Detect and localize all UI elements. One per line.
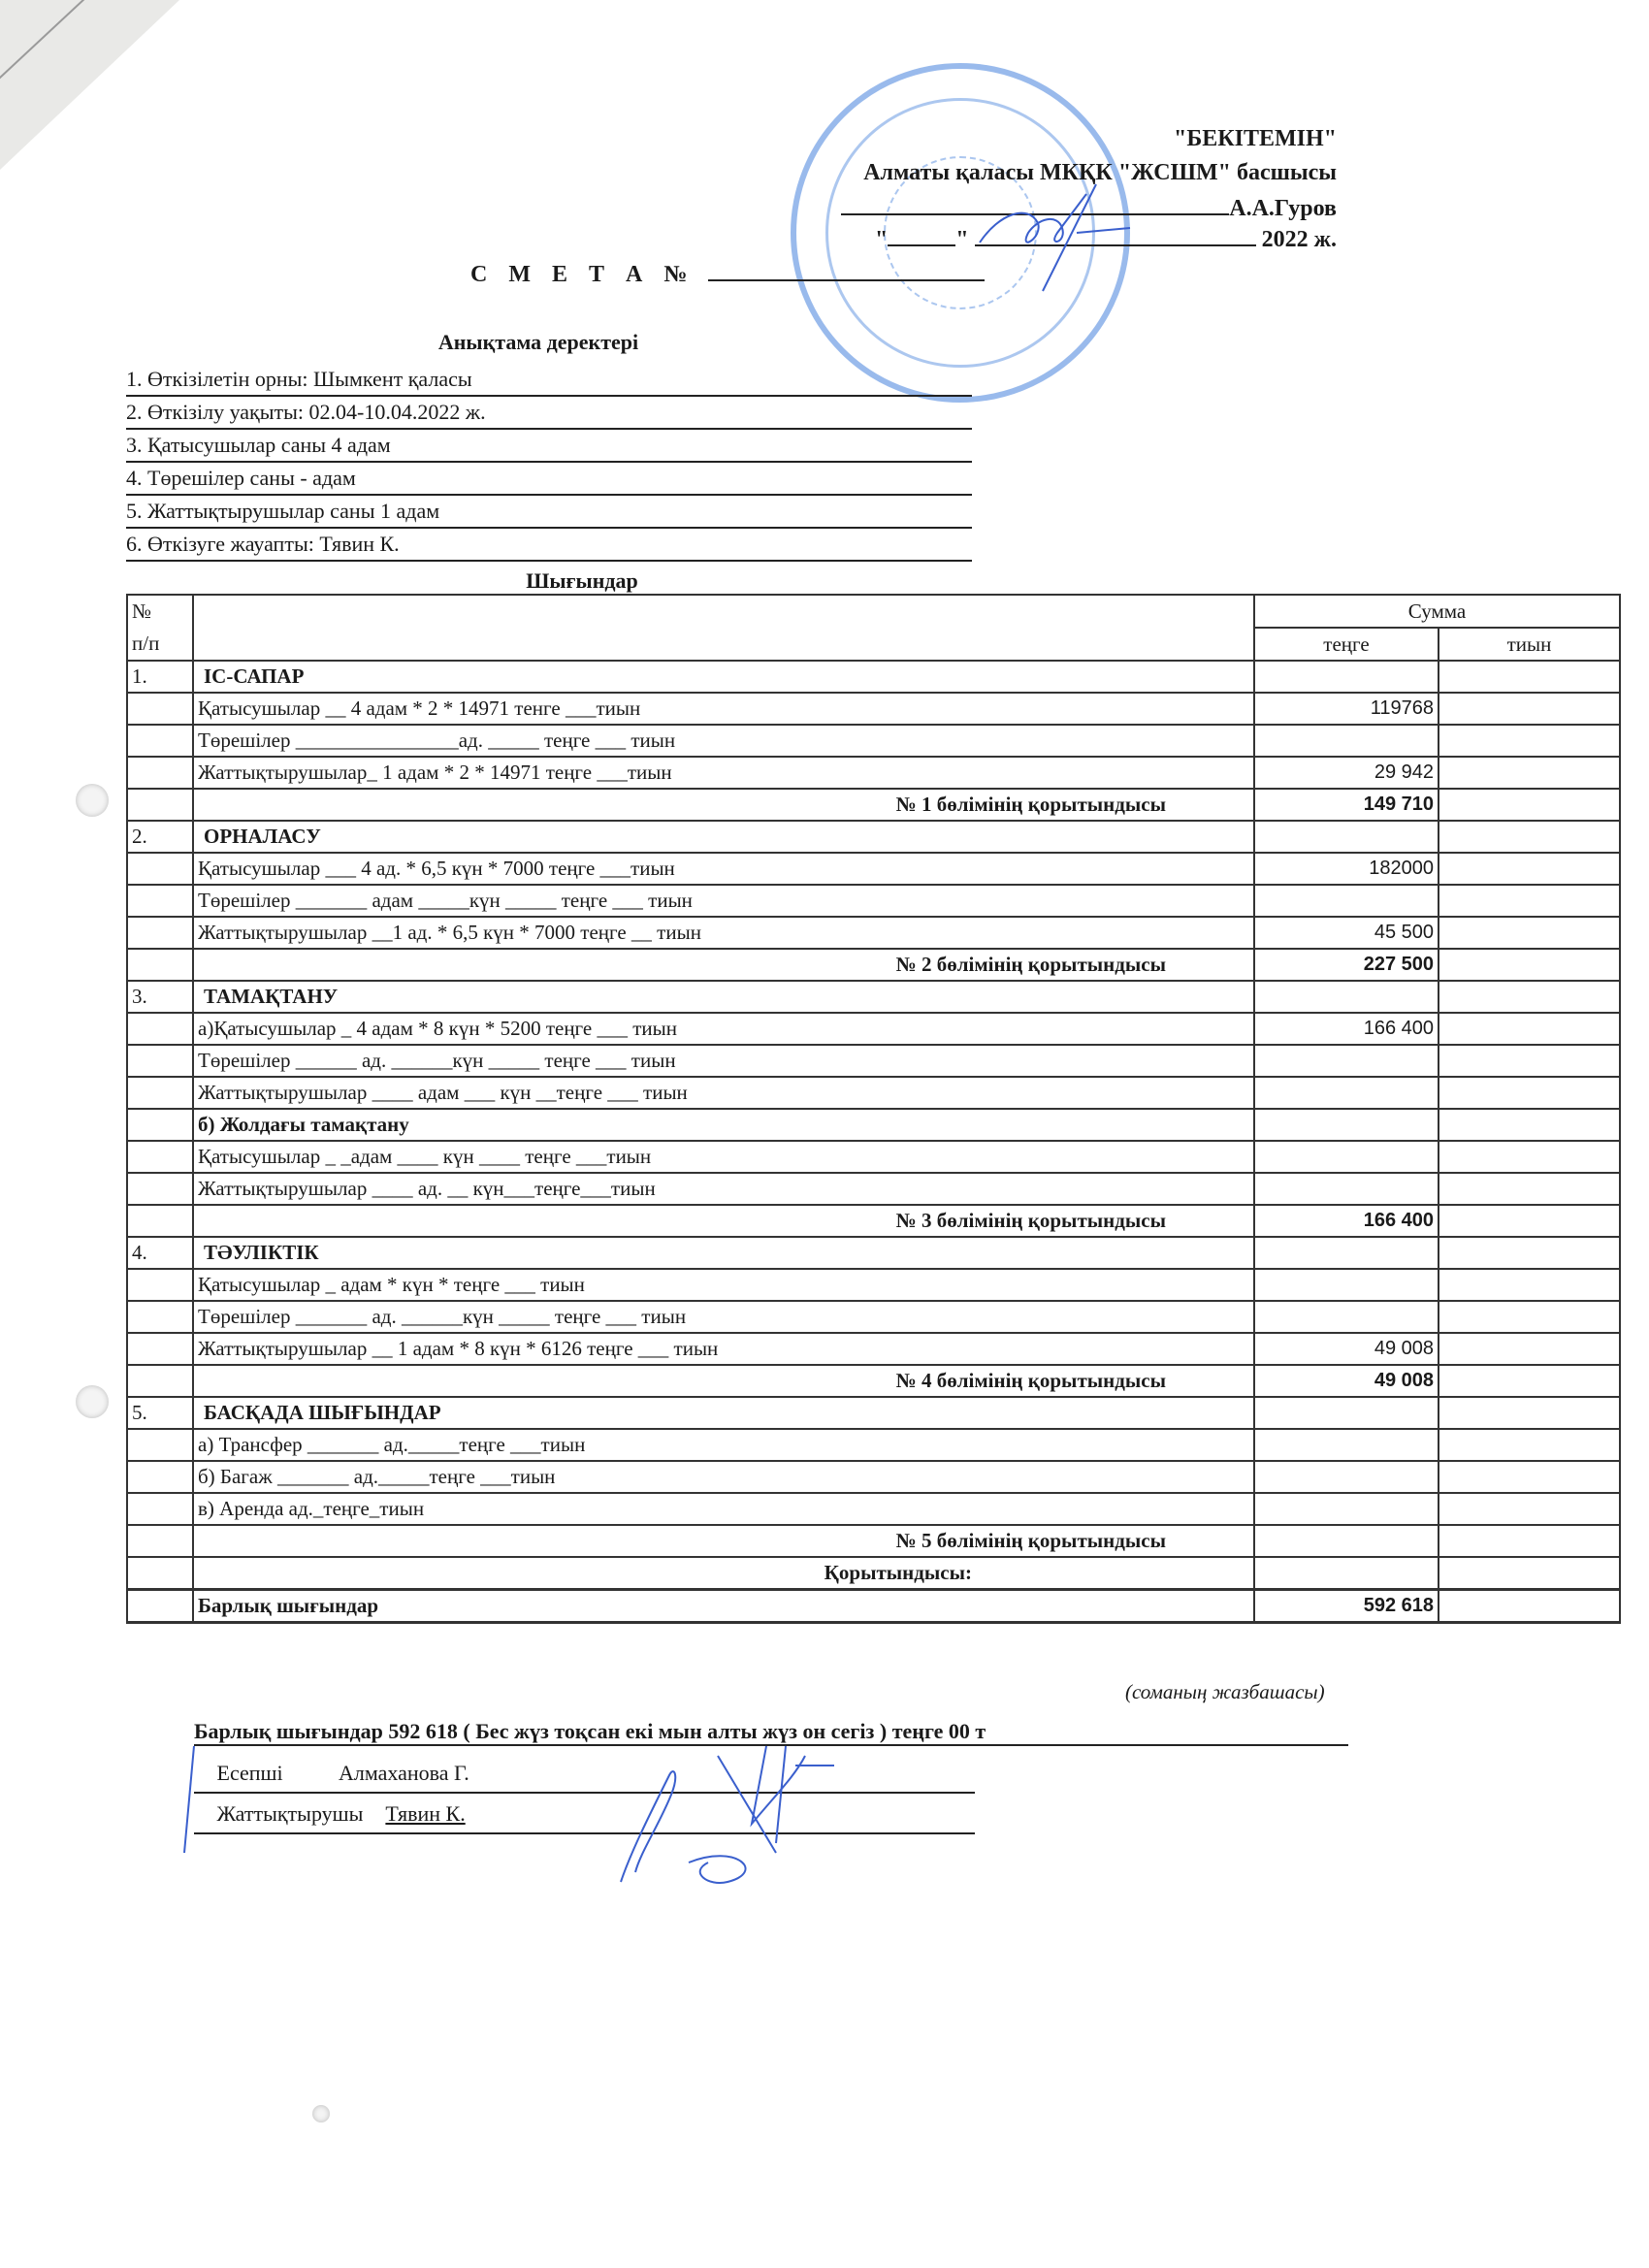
punch-hole-bottom bbox=[76, 1385, 109, 1418]
row-tenge bbox=[1254, 661, 1439, 693]
row-number bbox=[127, 1493, 193, 1525]
table-subtotal-row: № 3 бөлімінің қорытындысы166 400 bbox=[127, 1205, 1620, 1237]
header-num: №п/п bbox=[127, 595, 193, 661]
amount-in-words-note: (соманың жазбашасы) bbox=[1125, 1680, 1325, 1704]
row-tiyn bbox=[1439, 1173, 1620, 1205]
row-tiyn bbox=[1439, 1013, 1620, 1045]
row-description: № 4 бөлімінің қорытындысы bbox=[193, 1365, 1254, 1397]
info-responsible: 6. Өткізуге жауапты: Тявин К. bbox=[126, 530, 972, 562]
row-tiyn bbox=[1439, 1557, 1620, 1590]
row-tenge: 182000 bbox=[1254, 853, 1439, 885]
punch-hole-top bbox=[76, 784, 109, 817]
row-description: Жаттықтырушылар ____ адам ___ күн __теңг… bbox=[193, 1077, 1254, 1109]
row-tenge: 49 008 bbox=[1254, 1333, 1439, 1365]
row-number bbox=[127, 1557, 193, 1590]
table-row: Қатысушылар _ адам * күн * теңге ___ тиы… bbox=[127, 1269, 1620, 1301]
info-participants: 3. Қатысушылар саны 4 адам bbox=[126, 431, 972, 463]
table-row: в) Аренда ад._теңге_тиын bbox=[127, 1493, 1620, 1525]
row-number bbox=[127, 757, 193, 789]
row-tiyn bbox=[1439, 1237, 1620, 1269]
punch-mark bbox=[312, 2105, 330, 2122]
row-tenge: 119768 bbox=[1254, 693, 1439, 725]
table-subtotal-row: Қорытындысы: bbox=[127, 1557, 1620, 1590]
approval-year: 2022 ж. bbox=[1262, 227, 1337, 252]
signature-name: Алмаханова Г. bbox=[339, 1761, 469, 1785]
row-number bbox=[127, 1141, 193, 1173]
row-tiyn bbox=[1439, 1109, 1620, 1141]
row-number: 2. bbox=[127, 821, 193, 853]
row-tiyn bbox=[1439, 1045, 1620, 1077]
row-description: в) Аренда ад._теңге_тиын bbox=[193, 1493, 1254, 1525]
table-row: Жаттықтырушылар __1 ад. * 6,5 күн * 7000… bbox=[127, 917, 1620, 949]
document-title: С М Е Т А № bbox=[470, 260, 985, 288]
row-number bbox=[127, 917, 193, 949]
document-subtitle: Анықтама деректері bbox=[0, 330, 1077, 355]
row-tenge bbox=[1254, 725, 1439, 757]
table-row: б) Багаж _______ ад._____теңге ___тиын bbox=[127, 1461, 1620, 1493]
row-number bbox=[127, 1205, 193, 1237]
row-description: № 1 бөлімінің қорытындысы bbox=[193, 789, 1254, 821]
row-tenge bbox=[1254, 1429, 1439, 1461]
info-referees: 4. Төрешілер саны - адам bbox=[126, 464, 972, 496]
table-row: а) Трансфер _______ ад._____теңге ___тиы… bbox=[127, 1429, 1620, 1461]
row-description: ТӘУЛІКТІК bbox=[193, 1237, 1254, 1269]
row-tiyn bbox=[1439, 1525, 1620, 1557]
expenses-title: Шығындар bbox=[0, 568, 1164, 594]
row-tiyn bbox=[1439, 1429, 1620, 1461]
grand-total-tenge: 592 618 bbox=[1254, 1590, 1439, 1623]
row-number bbox=[127, 1173, 193, 1205]
row-number bbox=[127, 1525, 193, 1557]
row-tiyn bbox=[1439, 885, 1620, 917]
row-description: Жаттықтырушылар __1 ад. * 6,5 күн * 7000… bbox=[193, 917, 1254, 949]
row-number bbox=[127, 949, 193, 981]
table-row: Жаттықтырушылар __ 1 адам * 8 күн * 6126… bbox=[127, 1333, 1620, 1365]
row-description: Төрешілер _______ ад. ______күн _____ те… bbox=[193, 1301, 1254, 1333]
signature-role: Есепші bbox=[217, 1761, 334, 1786]
row-tiyn bbox=[1439, 1077, 1620, 1109]
row-tiyn bbox=[1439, 1141, 1620, 1173]
row-tenge: 49 008 bbox=[1254, 1365, 1439, 1397]
row-tenge bbox=[1254, 1269, 1439, 1301]
table-row: Қатысушылар __ 4 адам * 2 * 14971 тенге … bbox=[127, 693, 1620, 725]
row-number bbox=[127, 1333, 193, 1365]
row-tenge bbox=[1254, 1141, 1439, 1173]
row-description: ІС-САПАР bbox=[193, 661, 1254, 693]
row-tiyn bbox=[1439, 949, 1620, 981]
row-number bbox=[127, 1461, 193, 1493]
table-row: Жаттықтырушылар ____ ад. __ күн___теңге_… bbox=[127, 1173, 1620, 1205]
row-number: 5. bbox=[127, 1397, 193, 1429]
row-description: № 5 бөлімінің қорытындысы bbox=[193, 1525, 1254, 1557]
row-tiyn bbox=[1439, 821, 1620, 853]
row-number: 4. bbox=[127, 1237, 193, 1269]
approval-name: А.А.Гуров bbox=[1229, 196, 1337, 221]
table-section-row: 3.ТАМАҚТАНУ bbox=[127, 981, 1620, 1013]
row-tenge bbox=[1254, 1493, 1439, 1525]
row-tenge bbox=[1254, 1045, 1439, 1077]
row-tenge: 166 400 bbox=[1254, 1013, 1439, 1045]
row-tenge bbox=[1254, 821, 1439, 853]
row-number: 3. bbox=[127, 981, 193, 1013]
approval-heading: "БЕКІТЕМІН" bbox=[1174, 126, 1337, 152]
row-tenge bbox=[1254, 1301, 1439, 1333]
table-section-row: 1.ІС-САПАР bbox=[127, 661, 1620, 693]
info-venue: 1. Өткізілетін орны: Шымкент қаласы bbox=[126, 365, 972, 397]
table-header-row: №п/п Сумма bbox=[127, 595, 1620, 628]
table-row: б) Жолдағы тамақтану bbox=[127, 1109, 1620, 1141]
row-tenge bbox=[1254, 1077, 1439, 1109]
table-subtotal-row: № 1 бөлімінің қорытындысы149 710 bbox=[127, 789, 1620, 821]
row-number bbox=[127, 789, 193, 821]
row-description: Жаттықтырушылар __ 1 адам * 8 күн * 6126… bbox=[193, 1333, 1254, 1365]
header-tiyn: тиын bbox=[1439, 628, 1620, 661]
table-section-row: 2.ОРНАЛАСУ bbox=[127, 821, 1620, 853]
row-tiyn bbox=[1439, 1205, 1620, 1237]
row-tenge: 227 500 bbox=[1254, 949, 1439, 981]
row-description: БАСҚАДА ШЫҒЫНДАР bbox=[193, 1397, 1254, 1429]
row-tiyn bbox=[1439, 661, 1620, 693]
table-row: Жаттықтырушылар_ 1 адам * 2 * 14971 теңг… bbox=[127, 757, 1620, 789]
row-tiyn bbox=[1439, 757, 1620, 789]
row-description: а) Трансфер _______ ад._____теңге ___тиы… bbox=[193, 1429, 1254, 1461]
row-number bbox=[127, 1365, 193, 1397]
row-number bbox=[127, 1269, 193, 1301]
table-row: Төрешілер _______ ад. ______күн _____ те… bbox=[127, 1301, 1620, 1333]
grand-total-label: Барлық шығындар bbox=[193, 1590, 1254, 1623]
table-row: Жаттықтырушылар ____ адам ___ күн __теңг… bbox=[127, 1077, 1620, 1109]
row-tiyn bbox=[1439, 917, 1620, 949]
row-description: б) Жолдағы тамақтану bbox=[193, 1109, 1254, 1141]
row-number bbox=[127, 1429, 193, 1461]
row-description: Қорытындысы: bbox=[193, 1557, 1254, 1590]
accountant-signature bbox=[543, 1736, 854, 1911]
signature-role: Жаттықтырушы bbox=[217, 1801, 364, 1826]
row-description: ОРНАЛАСУ bbox=[193, 821, 1254, 853]
row-number bbox=[127, 1109, 193, 1141]
row-tiyn bbox=[1439, 1397, 1620, 1429]
row-number bbox=[127, 1590, 193, 1623]
row-tenge: 29 942 bbox=[1254, 757, 1439, 789]
row-tenge bbox=[1254, 1237, 1439, 1269]
row-tiyn bbox=[1439, 725, 1620, 757]
row-tenge bbox=[1254, 1557, 1439, 1590]
row-number bbox=[127, 1045, 193, 1077]
table-row: а)Қатысушылар _ 4 адам * 8 күн * 5200 те… bbox=[127, 1013, 1620, 1045]
row-tiyn bbox=[1439, 1493, 1620, 1525]
table-section-row: 4.ТӘУЛІКТІК bbox=[127, 1237, 1620, 1269]
row-description: № 3 бөлімінің қорытындысы bbox=[193, 1205, 1254, 1237]
row-tiyn bbox=[1439, 1269, 1620, 1301]
row-tenge: 166 400 bbox=[1254, 1205, 1439, 1237]
row-description: Жаттықтырушылар_ 1 адам * 2 * 14971 теңг… bbox=[193, 757, 1254, 789]
row-description: а)Қатысушылар _ 4 адам * 8 күн * 5200 те… bbox=[193, 1013, 1254, 1045]
row-number bbox=[127, 1013, 193, 1045]
header-desc bbox=[193, 595, 1254, 661]
row-tiyn bbox=[1439, 1365, 1620, 1397]
row-description: Жаттықтырушылар ____ ад. __ күн___теңге_… bbox=[193, 1173, 1254, 1205]
header-tenge: теңге bbox=[1254, 628, 1439, 661]
row-tiyn bbox=[1439, 1461, 1620, 1493]
row-tenge bbox=[1254, 1461, 1439, 1493]
table-row: Төрешілер ______ ад. ______күн _____ тең… bbox=[127, 1045, 1620, 1077]
table-grand-total-row: Барлық шығындар592 618 bbox=[127, 1590, 1620, 1623]
row-description: ТАМАҚТАНУ bbox=[193, 981, 1254, 1013]
row-tenge: 149 710 bbox=[1254, 789, 1439, 821]
folded-corner bbox=[0, 0, 179, 170]
row-tiyn bbox=[1439, 1301, 1620, 1333]
row-tiyn bbox=[1439, 789, 1620, 821]
table-row: Төрешілер _______ адам _____күн _____ те… bbox=[127, 885, 1620, 917]
table-section-row: 5.БАСҚАДА ШЫҒЫНДАР bbox=[127, 1397, 1620, 1429]
row-number bbox=[127, 885, 193, 917]
row-number: 1. bbox=[127, 661, 193, 693]
grand-total-tiyn bbox=[1439, 1590, 1620, 1623]
row-number bbox=[127, 1301, 193, 1333]
row-number bbox=[127, 725, 193, 757]
expenses-table: №п/п Сумма теңге тиын 1.ІС-САПАРҚатысушы… bbox=[126, 594, 1621, 1624]
info-coaches: 5. Жаттықтырушылар саны 1 адам bbox=[126, 497, 972, 529]
row-tenge: 45 500 bbox=[1254, 917, 1439, 949]
row-description: Төрешілер ________________ад. _____ теңг… bbox=[193, 725, 1254, 757]
table-subtotal-row: № 2 бөлімінің қорытындысы227 500 bbox=[127, 949, 1620, 981]
table-subtotal-row: № 4 бөлімінің қорытындысы49 008 bbox=[127, 1365, 1620, 1397]
row-number bbox=[127, 693, 193, 725]
row-tiyn bbox=[1439, 1333, 1620, 1365]
row-description: Төрешілер ______ ад. ______күн _____ тең… bbox=[193, 1045, 1254, 1077]
header-sum: Сумма bbox=[1254, 595, 1620, 628]
row-number bbox=[127, 853, 193, 885]
row-tiyn bbox=[1439, 693, 1620, 725]
row-number bbox=[127, 1077, 193, 1109]
info-dates: 2. Өткізілу уақыты: 02.04-10.04.2022 ж. bbox=[126, 398, 972, 430]
row-description: Қатысушылар _ адам * күн * теңге ___ тиы… bbox=[193, 1269, 1254, 1301]
row-description: Қатысушылар ___ 4 ад. * 6,5 күн * 7000 т… bbox=[193, 853, 1254, 885]
table-row: Қатысушылар ___ 4 ад. * 6,5 күн * 7000 т… bbox=[127, 853, 1620, 885]
table-row: Төрешілер ________________ад. _____ теңг… bbox=[127, 725, 1620, 757]
row-description: Қатысушылар _ _адам ____ күн ____ теңге … bbox=[193, 1141, 1254, 1173]
row-tiyn bbox=[1439, 853, 1620, 885]
row-tenge bbox=[1254, 885, 1439, 917]
row-tiyn bbox=[1439, 981, 1620, 1013]
row-tenge bbox=[1254, 1109, 1439, 1141]
row-tenge bbox=[1254, 1173, 1439, 1205]
row-description: № 2 бөлімінің қорытындысы bbox=[193, 949, 1254, 981]
table-subtotal-row: № 5 бөлімінің қорытындысы bbox=[127, 1525, 1620, 1557]
row-description: Қатысушылар __ 4 адам * 2 * 14971 тенге … bbox=[193, 693, 1254, 725]
row-tenge bbox=[1254, 981, 1439, 1013]
table-row: Қатысушылар _ _адам ____ күн ____ теңге … bbox=[127, 1141, 1620, 1173]
director-signature bbox=[960, 175, 1135, 301]
edge-mark bbox=[179, 1741, 199, 1858]
row-description: Төрешілер _______ адам _____күн _____ те… bbox=[193, 885, 1254, 917]
row-tenge bbox=[1254, 1397, 1439, 1429]
row-description: б) Багаж _______ ад._____теңге ___тиын bbox=[193, 1461, 1254, 1493]
signature-name: Тявин К. bbox=[385, 1801, 465, 1826]
row-tenge bbox=[1254, 1525, 1439, 1557]
